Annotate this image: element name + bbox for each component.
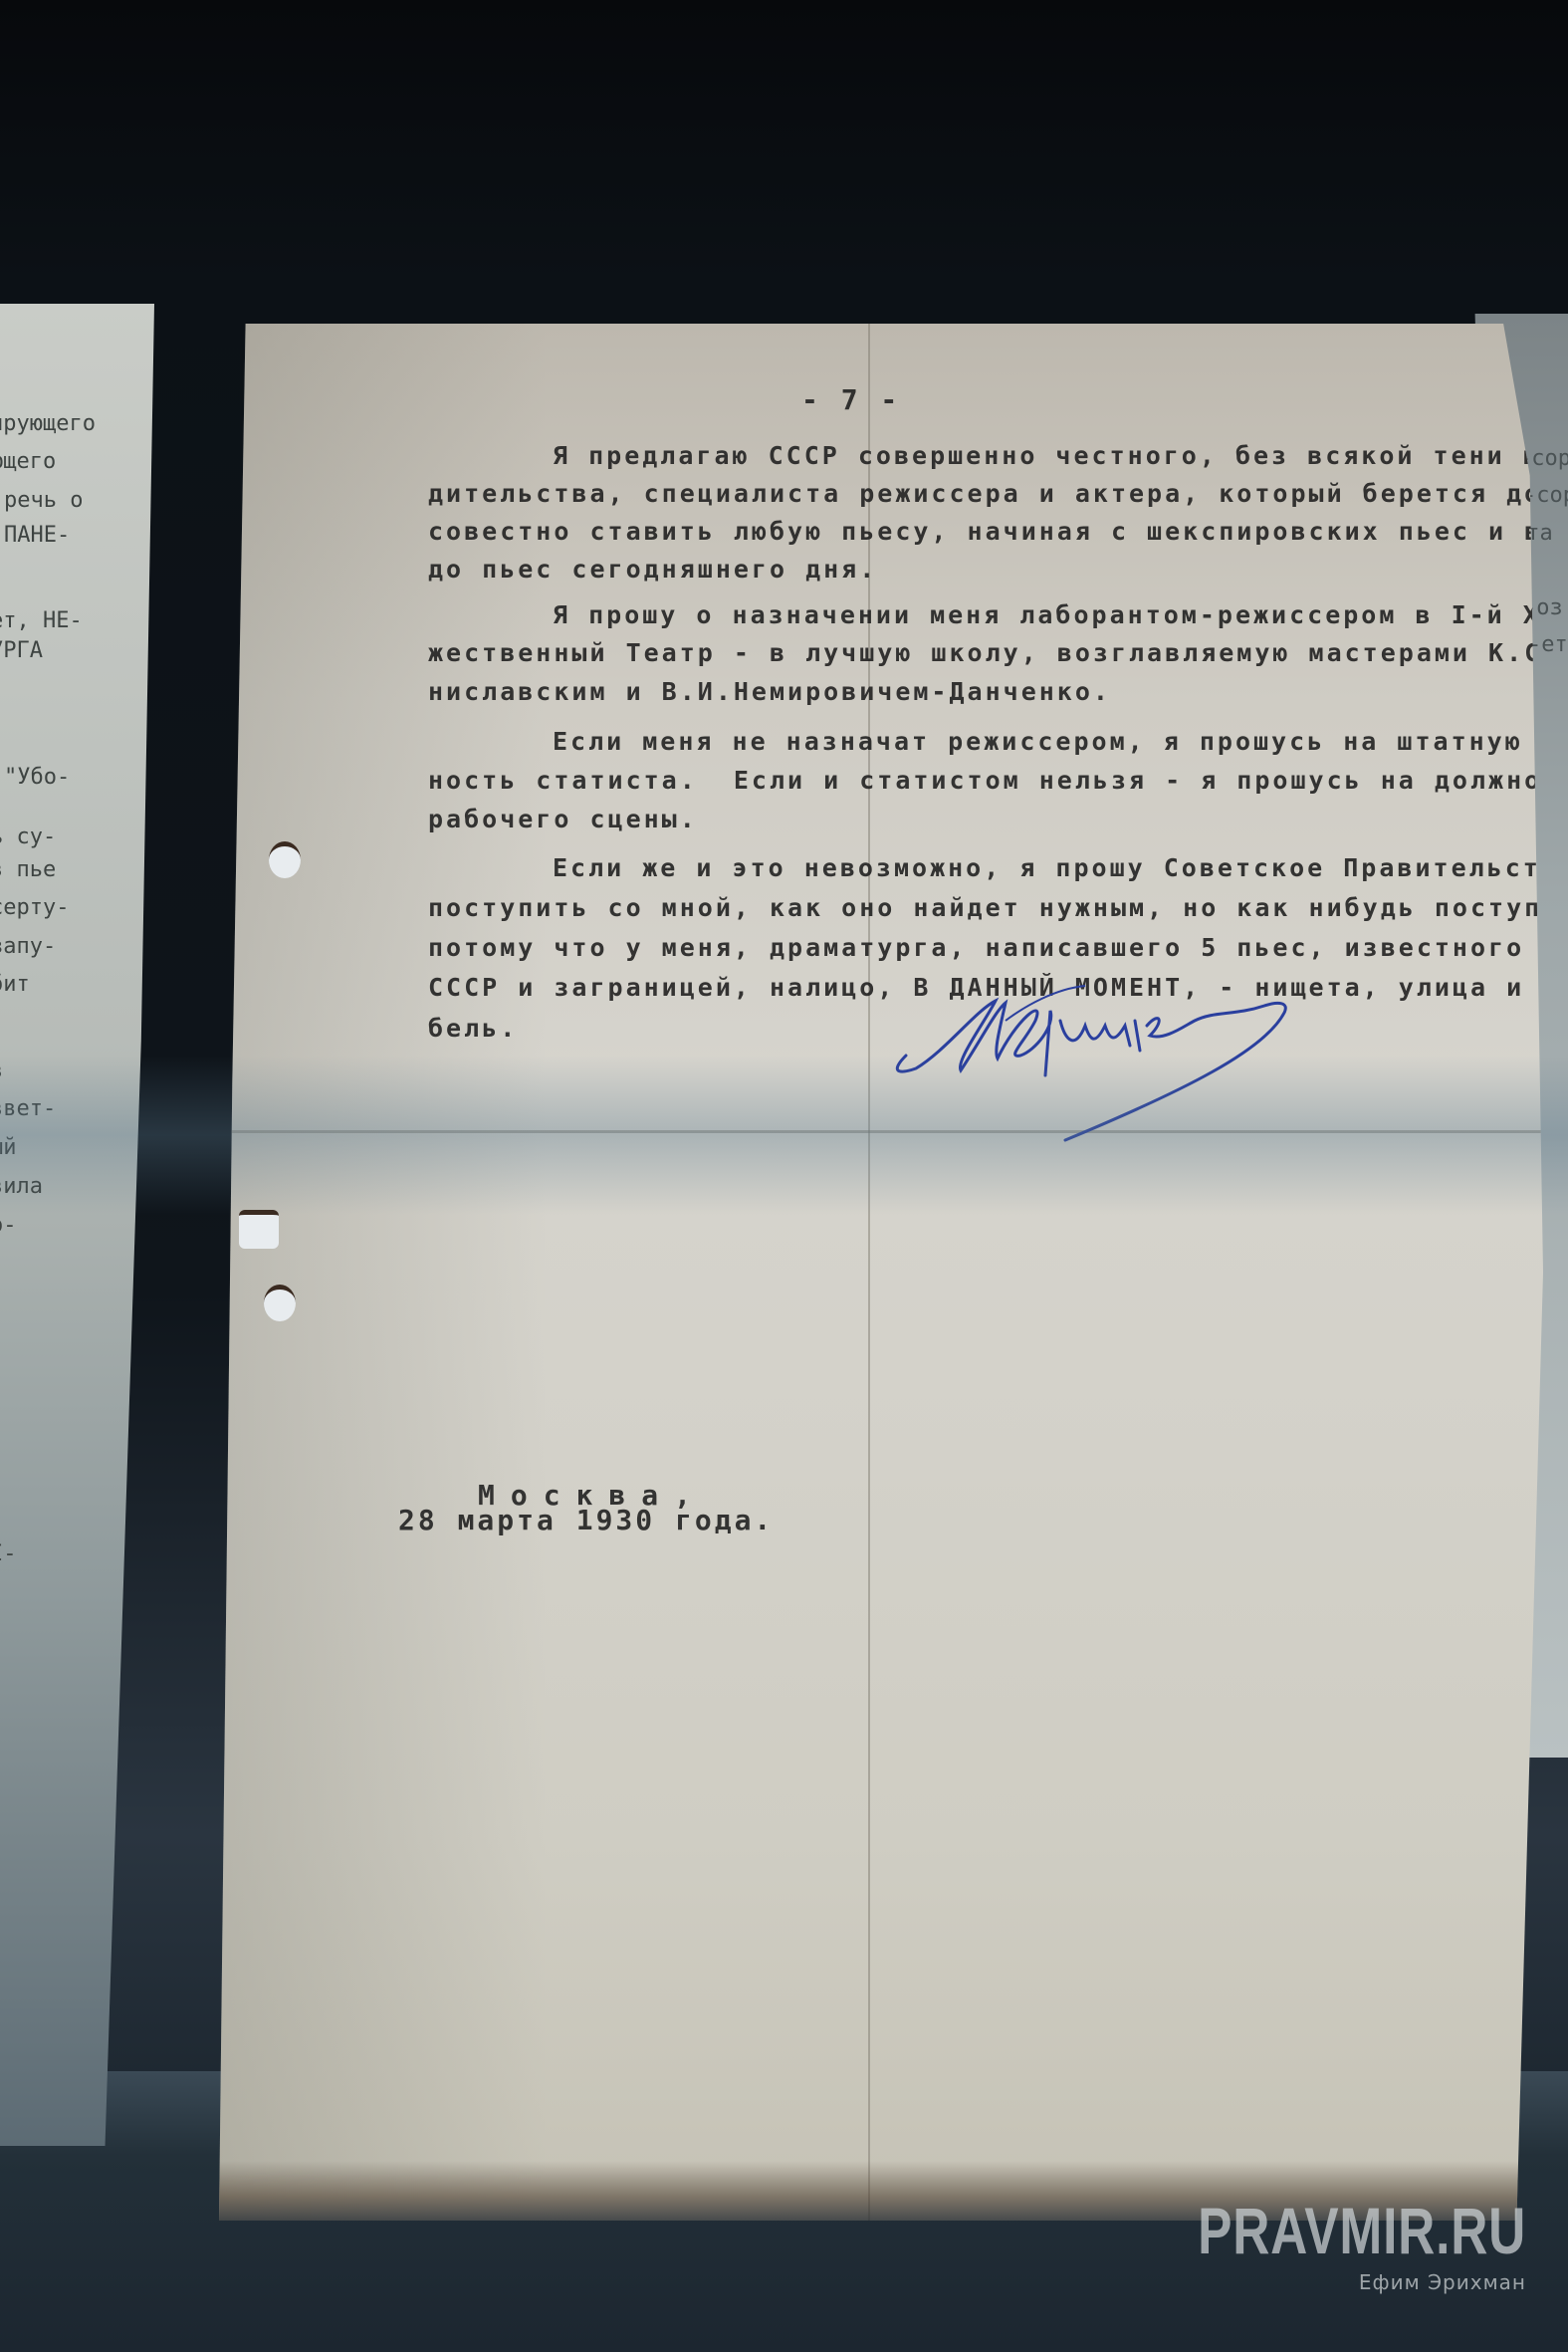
paper-shadow xyxy=(219,324,548,2221)
side-document-left: ирующего ющего речь о ПАНЕ- ет, НЕ- УРГА… xyxy=(0,304,154,2146)
text-line: ниславским и В.И.Немировичем-Данченко. xyxy=(428,677,1111,706)
text-line: Я предлагаю СССР совершенно честного, бе… xyxy=(553,441,1568,470)
side-fragment: -ет xyxy=(1528,634,1568,656)
torn-hole xyxy=(239,1210,279,1249)
side-fragment: ет, НЕ- xyxy=(0,610,83,632)
side-fragment: серту- xyxy=(0,897,69,919)
page-number: - 7 - xyxy=(801,383,900,416)
text-line: бель. xyxy=(428,1014,518,1043)
typewritten-letter-page: - 7 - Я предлагаю СССР совершенно честно… xyxy=(219,324,1543,2221)
side-fragment: речь о xyxy=(4,490,83,512)
text-line: Если же и это невозможно, я прошу Советс… xyxy=(553,853,1568,882)
text-line: поступить со мной, как оно найдет нужным… xyxy=(428,893,1568,922)
glass-reflection xyxy=(0,1056,1568,1215)
text-line: дительства, специалиста режиссера и акте… xyxy=(428,479,1568,508)
side-fragment: "Убо- xyxy=(4,767,70,789)
watermark-author: Ефим Эрихман xyxy=(1105,2270,1526,2294)
side-fragment: УРГА xyxy=(0,640,43,662)
text-line: рабочего сцены. xyxy=(428,805,698,833)
side-fragment: ирующего xyxy=(0,413,96,435)
text-line: ность статиста. Если и статистом нельзя … xyxy=(428,766,1568,795)
side-fragment: ь су- xyxy=(0,826,56,848)
text-line: совестно ставить любую пьесу, начиная с … xyxy=(428,517,1568,546)
punch-hole xyxy=(269,841,301,878)
watermark-site: PRAVMIR.RU xyxy=(1198,2193,1526,2268)
text-line: жественный Театр - в лучшую школу, возгл… xyxy=(428,638,1568,667)
date-line: 28 марта 1930 года. xyxy=(398,1504,774,1536)
side-fragment: запу- xyxy=(0,936,56,958)
text-line: потому что у меня, драматурга, написавше… xyxy=(428,933,1560,962)
text-line: Если меня не назначат режиссером, я прош… xyxy=(553,727,1568,756)
text-line: до пьес сегодняшнего дня. xyxy=(428,555,877,584)
side-fragment: бит xyxy=(0,974,30,996)
side-fragment: I- xyxy=(0,1543,17,1565)
side-fragment: в пье xyxy=(0,859,56,881)
text-line: Я прошу о назначении меня лаборантом-реж… xyxy=(553,600,1568,629)
side-fragment: ПАНЕ- xyxy=(4,525,70,547)
punch-hole xyxy=(264,1285,296,1321)
side-fragment: ющего xyxy=(0,451,56,473)
watermark: PRAVMIR.RU Ефим Эрихман xyxy=(1105,2193,1526,2294)
side-fragment: о- xyxy=(0,1215,17,1237)
